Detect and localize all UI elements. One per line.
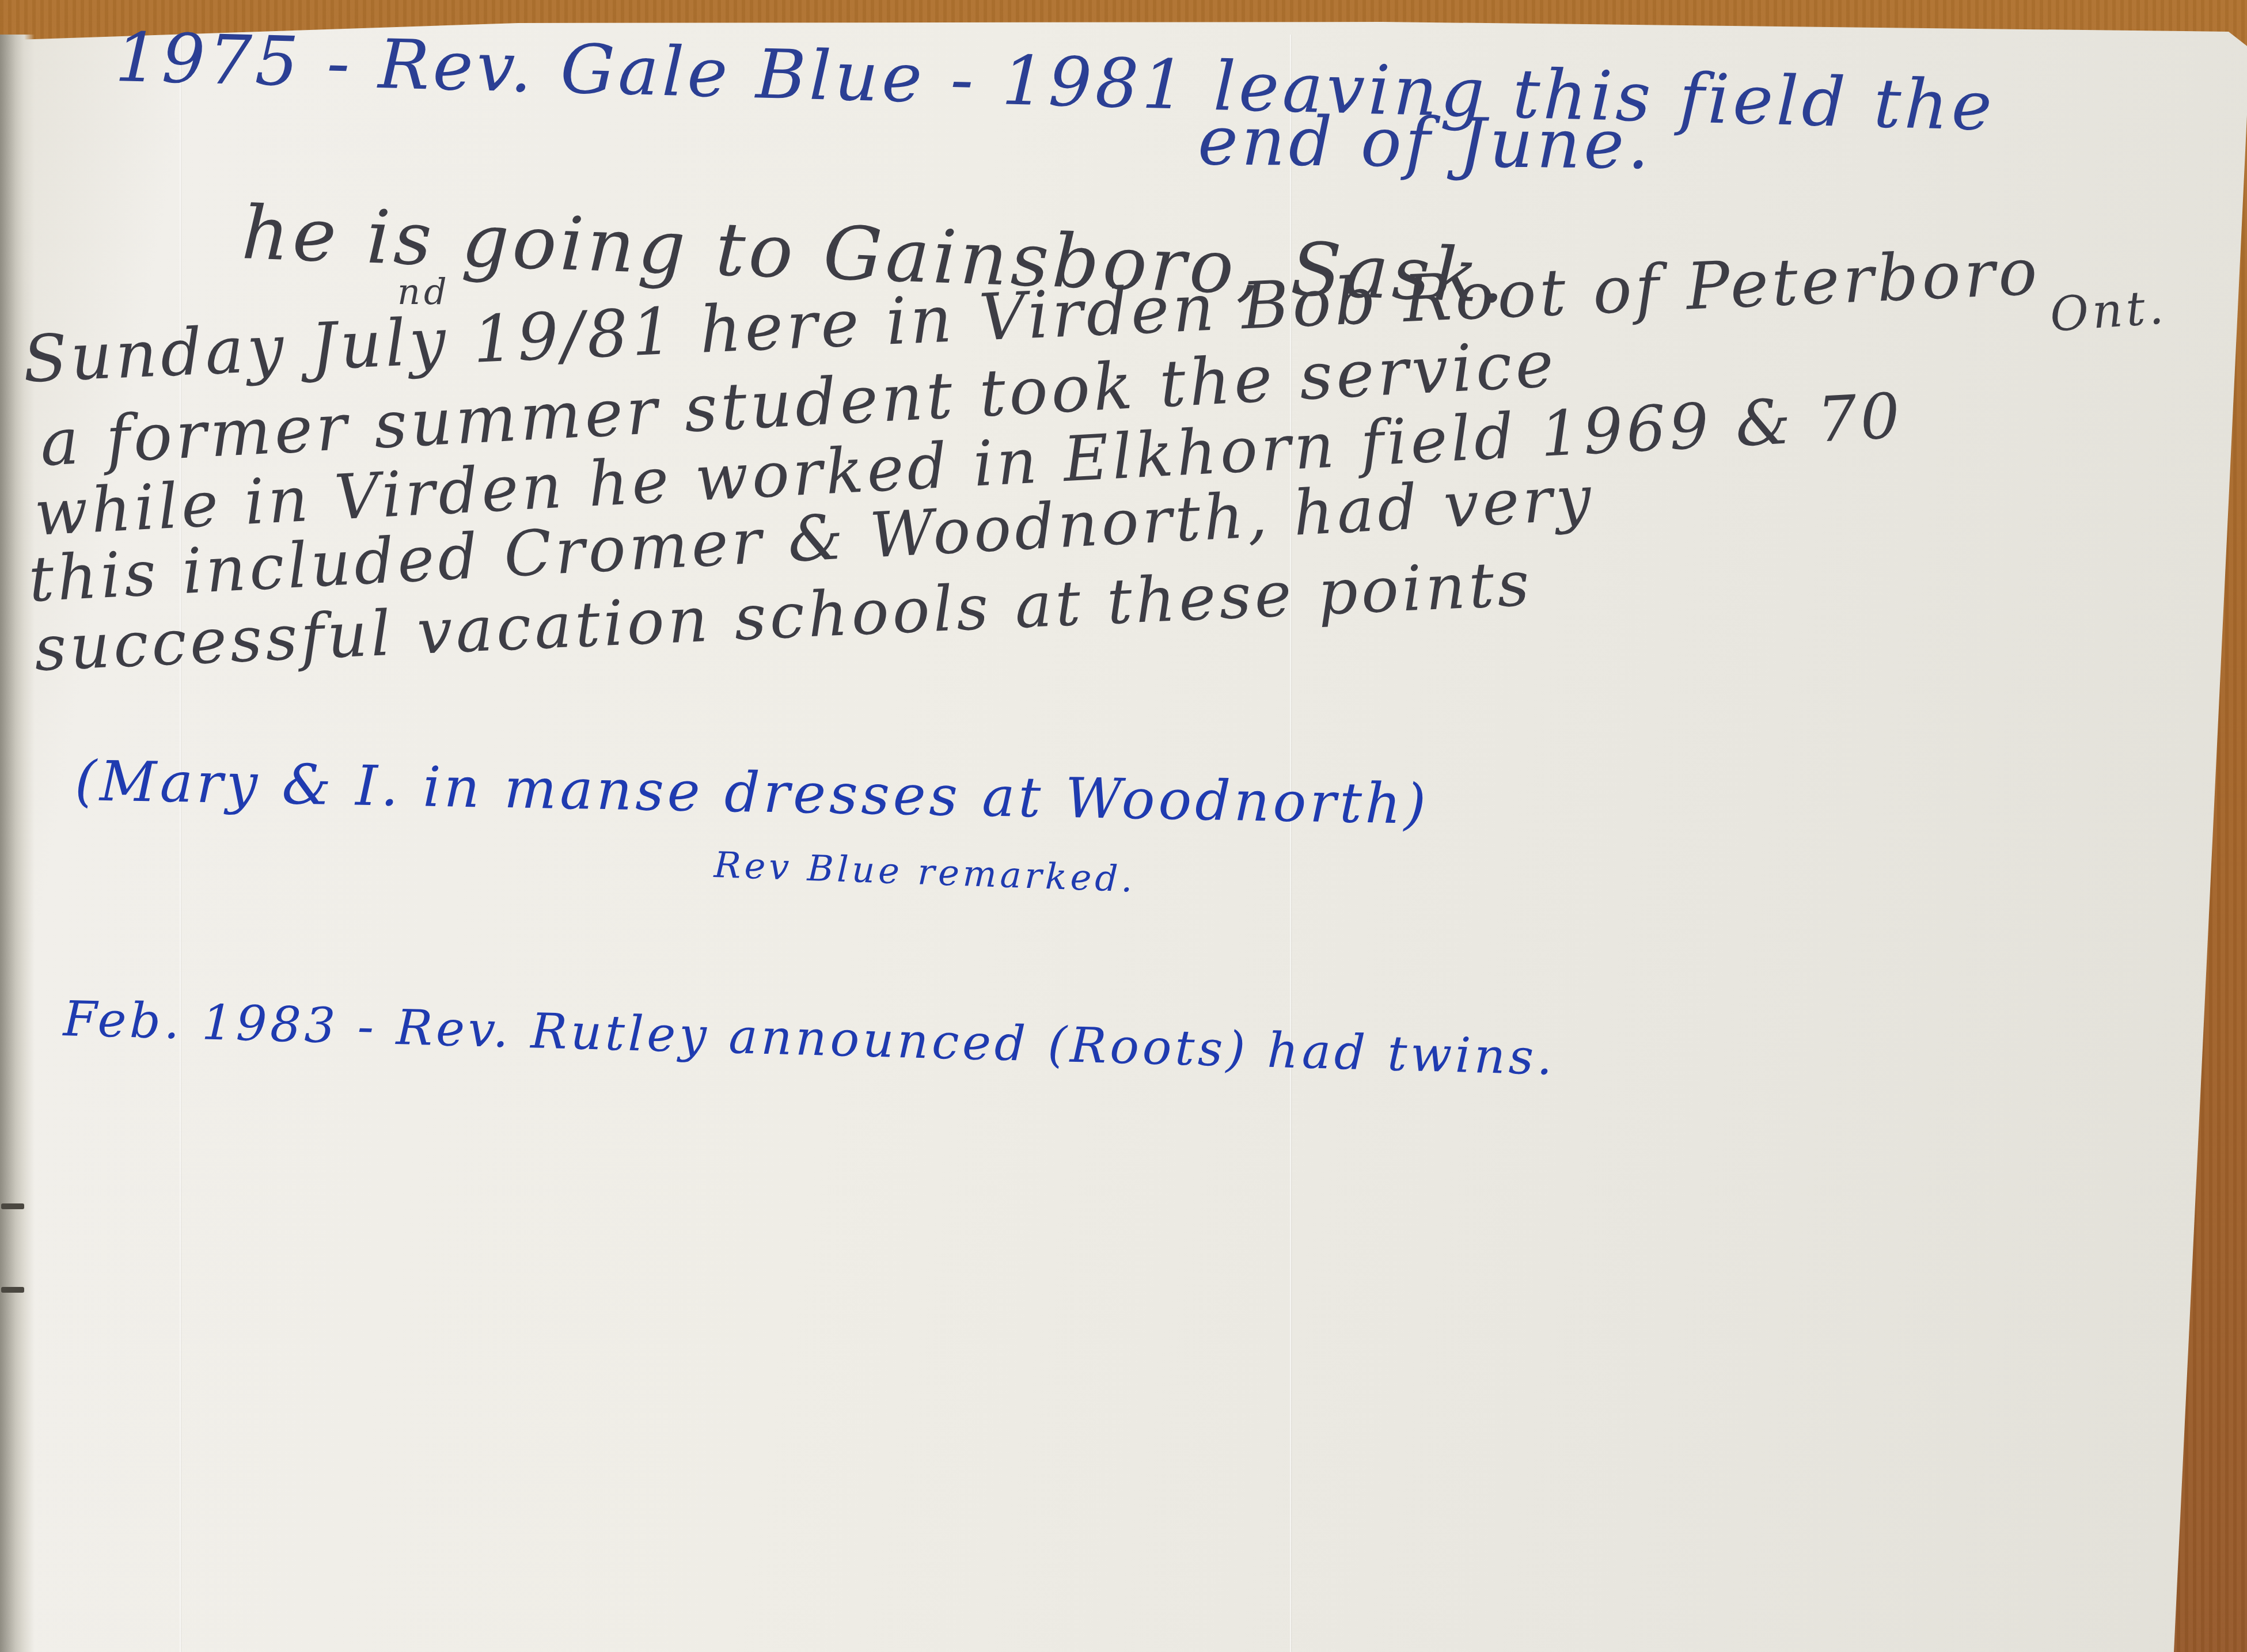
staple	[1, 1203, 24, 1209]
paper-crease	[180, 35, 181, 1652]
notebook-binding	[0, 35, 35, 1652]
note-line-2: end of June.	[1197, 101, 1653, 184]
superscript-ont: Ont.	[2048, 280, 2169, 343]
staple	[1, 1287, 24, 1293]
